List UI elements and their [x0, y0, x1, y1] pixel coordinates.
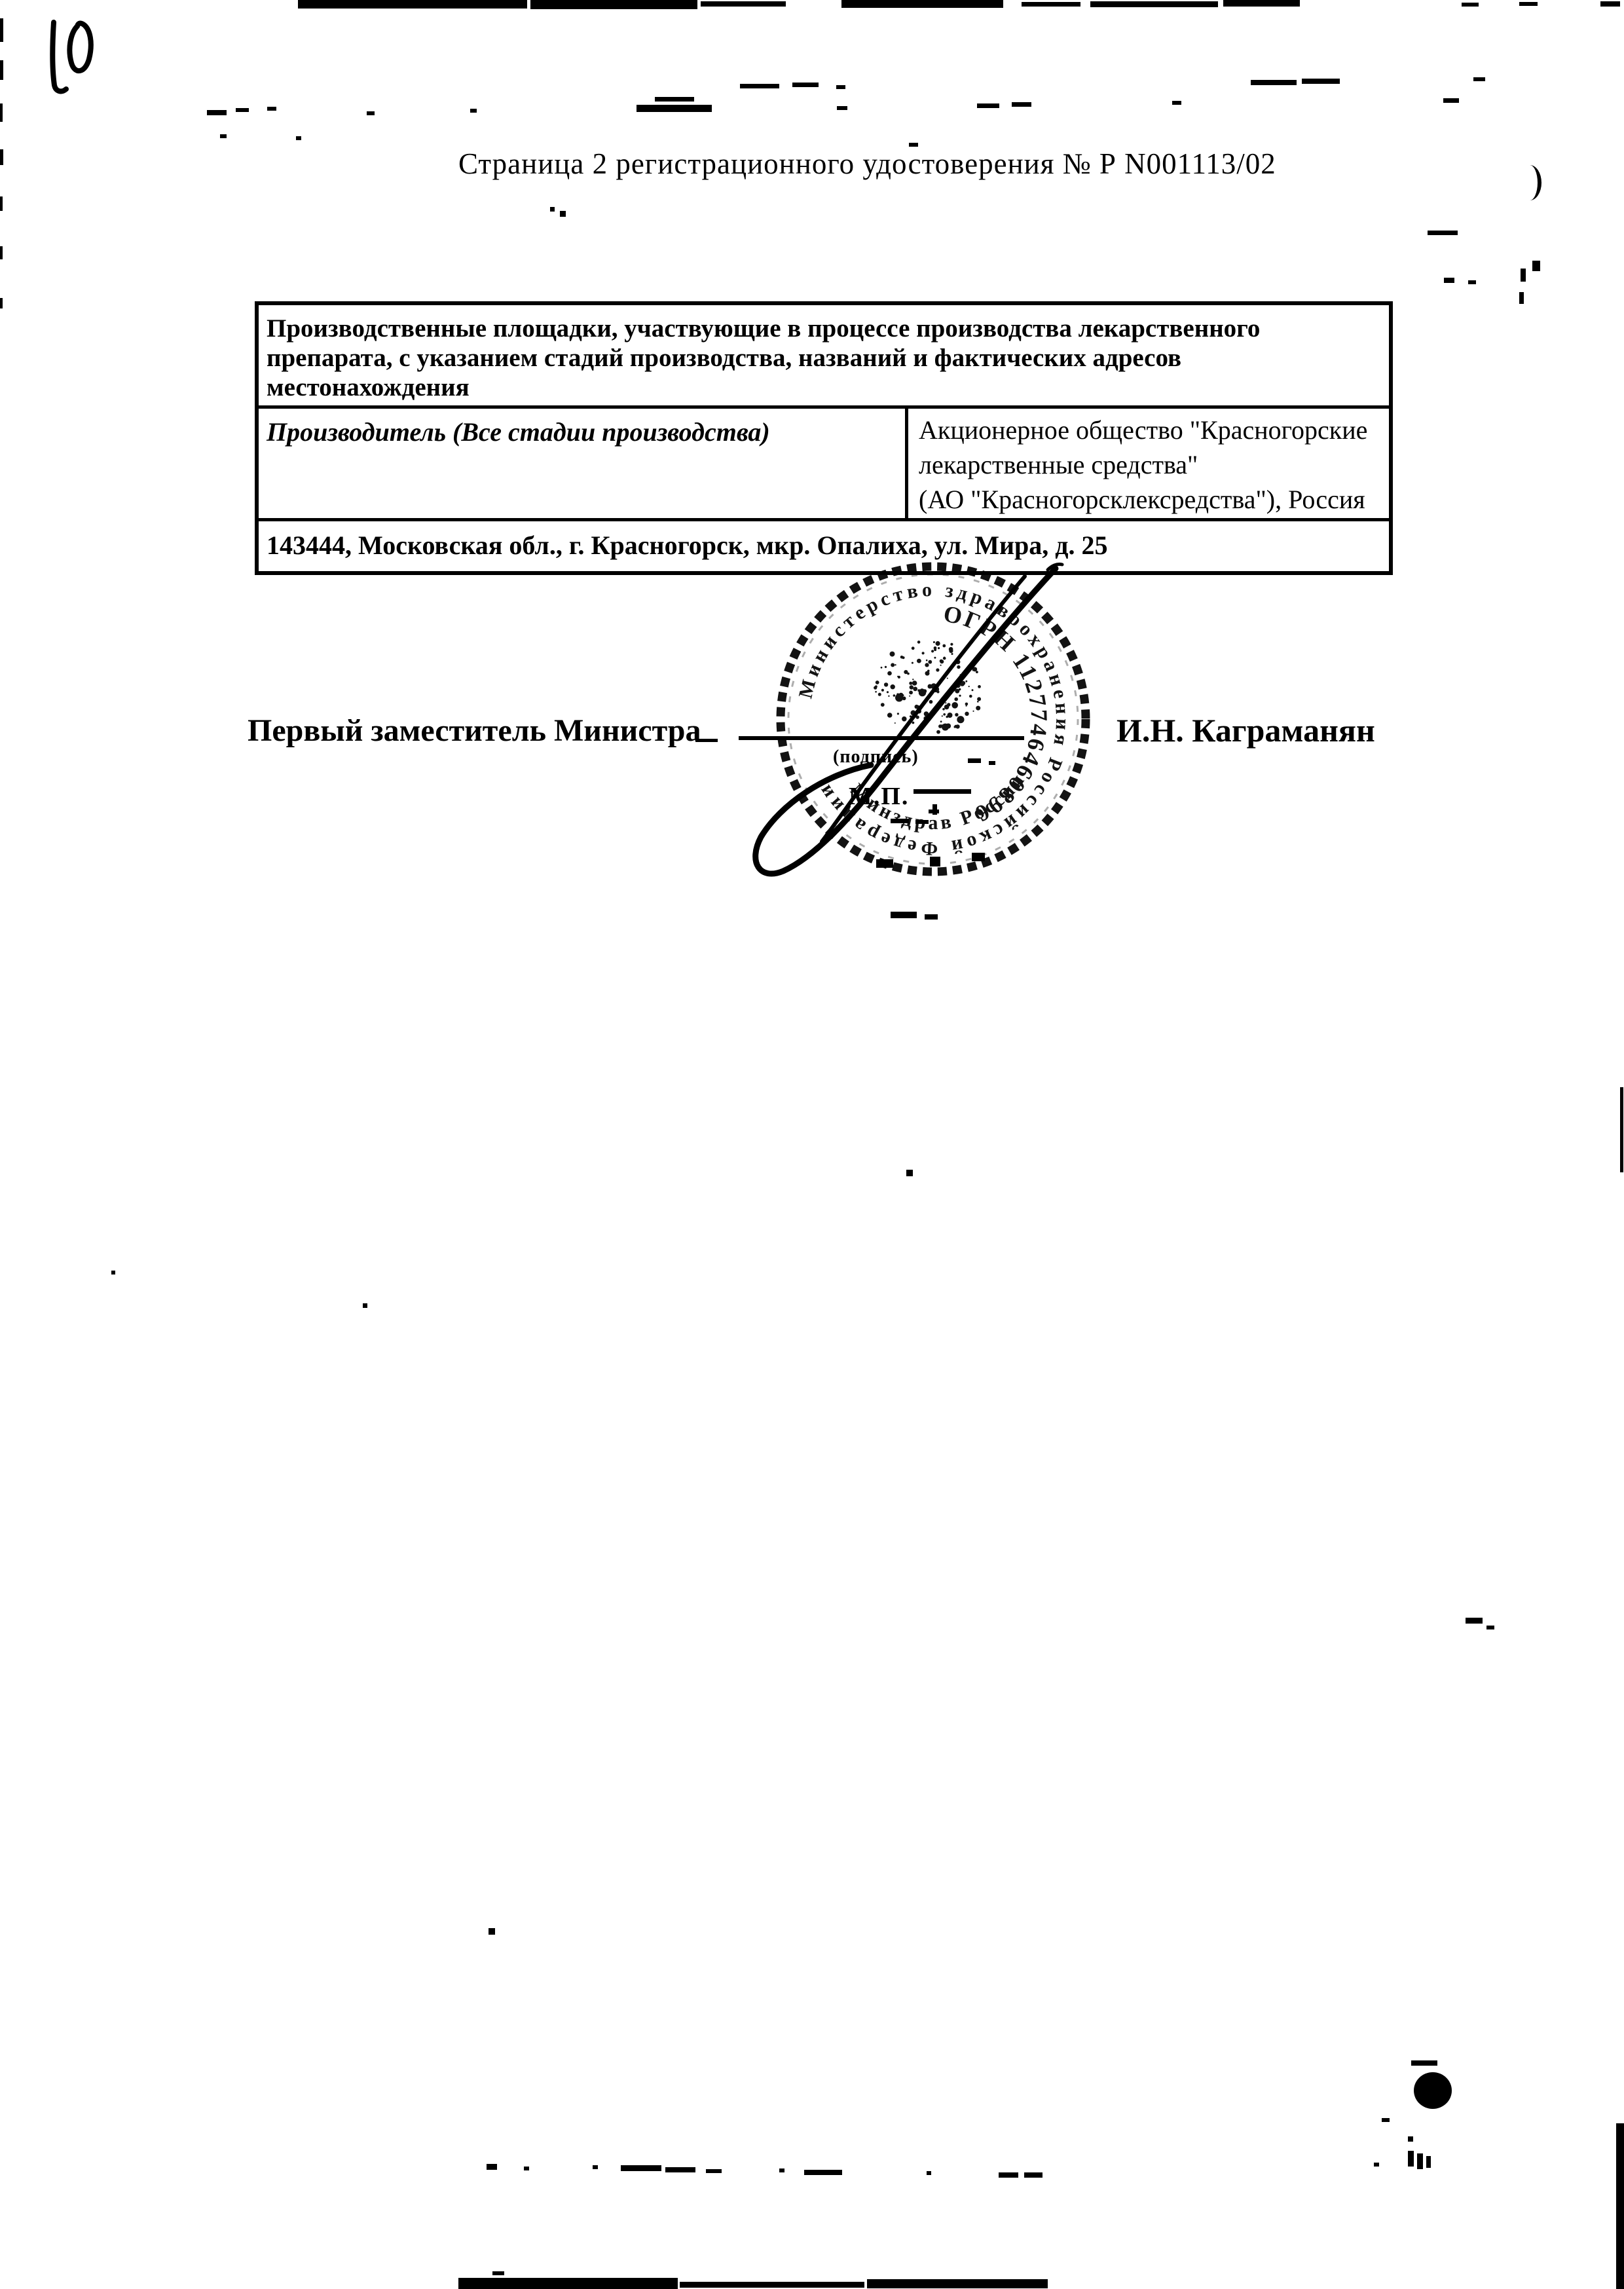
scan-noise [1528, 165, 1541, 200]
scan-noise [930, 857, 940, 866]
signer-name: И.Н. Каграманян [1116, 711, 1375, 749]
scan-noise [1090, 1, 1218, 7]
scan-noise [593, 2165, 598, 2169]
scan-noise [0, 149, 3, 165]
scan-noise [706, 2169, 722, 2173]
scan-noise [891, 819, 909, 823]
production-sites-table: Производственные площадки, участвующие в… [255, 301, 1393, 575]
scan-noise [470, 109, 477, 113]
scan-noise [740, 84, 779, 88]
scan-noise [363, 1303, 367, 1308]
scan-noise [1444, 278, 1454, 283]
scan-noise [560, 211, 566, 217]
scan-noise [906, 1170, 913, 1176]
scan-noise [296, 136, 301, 140]
scan-noise [1012, 102, 1031, 107]
ink-blot [1414, 2072, 1452, 2109]
scan-noise [1521, 269, 1526, 282]
scan-noise [236, 108, 249, 112]
producer-row: Производитель (Все стадии производства) … [259, 409, 1389, 521]
scan-noise [909, 143, 918, 147]
scan-noise [925, 914, 938, 920]
handwritten-page-number [38, 12, 103, 103]
scan-noise [665, 2167, 695, 2172]
scan-noise [792, 83, 819, 87]
scan-noise [1462, 3, 1479, 7]
scan-noise [267, 107, 276, 111]
scan-noise [1486, 1626, 1494, 1629]
scan-noise [367, 111, 375, 115]
producer-value-line: (АО "Красногорсклексредства"), Россия [919, 482, 1385, 517]
scan-noise [913, 789, 971, 794]
producer-value-line: лекарственные средства" [919, 447, 1385, 482]
scan-noise [1172, 101, 1181, 105]
scan-noise [0, 103, 3, 122]
scan-noise [1426, 2156, 1431, 2168]
producer-value-cell: Акционерное общество "Красногорские лека… [908, 409, 1389, 518]
scan-noise [1616, 2123, 1624, 2289]
scan-noise [1408, 2136, 1413, 2142]
scan-noise [0, 60, 3, 80]
scan-noise [220, 134, 227, 138]
scan-noise [458, 2278, 678, 2289]
signer-position-title: Первый заместитель Министра [248, 713, 701, 749]
scan-noise [1022, 2, 1080, 7]
scan-noise [1473, 77, 1485, 81]
scan-noise [837, 106, 847, 110]
scan-noise [1223, 0, 1300, 7]
scan-noise [0, 196, 3, 211]
page-title: Страница 2 регистрационного удостоверени… [458, 147, 1310, 181]
table-header-cell: Производственные площадки, участвующие в… [259, 305, 1389, 409]
scan-noise [1443, 98, 1459, 103]
scan-noise [1466, 1618, 1483, 1624]
scan-noise [492, 2271, 504, 2275]
scan-noise [804, 2170, 842, 2175]
scan-noise [841, 0, 1003, 8]
scan-noise [1428, 231, 1458, 235]
scan-noise [968, 758, 981, 763]
scan-noise [487, 2164, 497, 2170]
scanned-certificate-page: Страница 2 регистрационного удостоверени… [0, 0, 1624, 2289]
scan-noise [1024, 2172, 1043, 2178]
scan-noise [977, 103, 999, 108]
scan-noise [876, 859, 893, 868]
scan-noise [207, 110, 227, 115]
scan-noise [1408, 2151, 1414, 2167]
scan-noise [1600, 1, 1620, 7]
producer-value-line: Акционерное общество "Красногорские [919, 413, 1385, 447]
scan-noise [999, 2172, 1018, 2178]
handwritten-signature [714, 544, 1120, 950]
scan-noise [1251, 80, 1297, 85]
scan-noise [1519, 2, 1538, 6]
scan-noise [891, 912, 917, 918]
scan-noise [637, 105, 712, 112]
scan-noise [1411, 2060, 1437, 2066]
scan-noise [524, 2167, 529, 2170]
scan-noise [298, 0, 527, 9]
scan-noise [1519, 292, 1524, 304]
scan-noise [530, 0, 697, 9]
scan-noise [621, 2165, 661, 2171]
scan-noise [1468, 280, 1476, 284]
producer-label-cell: Производитель (Все стадии производства) [259, 409, 908, 518]
scan-noise [1382, 2118, 1390, 2122]
scan-noise [927, 2171, 931, 2175]
scan-noise [929, 810, 939, 813]
table-header-line: местонахождения [267, 373, 1378, 402]
scan-noise [1620, 1087, 1623, 1172]
scan-noise [836, 85, 845, 89]
scan-noise [0, 18, 3, 42]
scan-noise [0, 246, 3, 259]
scan-noise [1417, 2153, 1423, 2169]
scan-noise [989, 761, 995, 765]
scan-noise [0, 298, 3, 308]
table-header-line: препарата, с указанием стадий производст… [267, 343, 1378, 373]
scan-noise [680, 2282, 864, 2288]
scan-noise [1374, 2163, 1379, 2167]
scan-noise [915, 820, 929, 824]
scan-noise [489, 1928, 495, 1935]
scan-noise [972, 853, 985, 861]
scan-noise [550, 207, 555, 212]
scan-noise [111, 1271, 115, 1275]
scan-noise [779, 2168, 784, 2172]
scan-noise [655, 97, 694, 102]
scan-noise [701, 1, 786, 7]
scan-noise [1302, 79, 1340, 84]
scan-noise [867, 2279, 1048, 2288]
table-header-line: Производственные площадки, участвующие в… [267, 314, 1378, 343]
scan-noise [1532, 261, 1540, 271]
